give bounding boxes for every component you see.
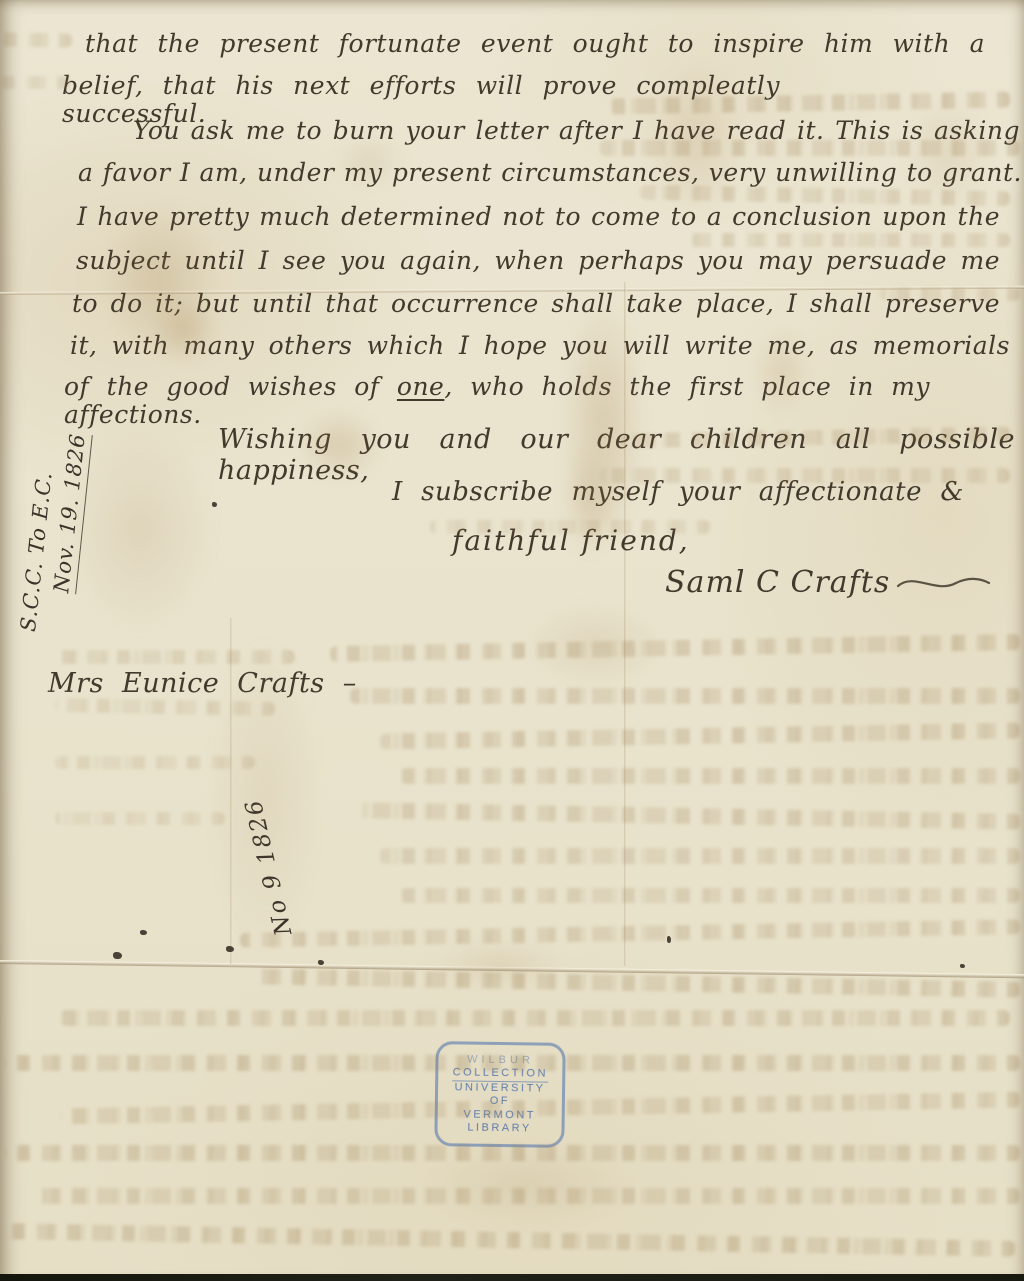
underlined-word: one [397,372,444,401]
paper-stain [420,1140,640,1230]
ink-speck [318,960,324,965]
paper-stain [430,940,570,990]
scan-bottom-edge [0,1274,1024,1281]
ink-speck [667,936,671,943]
ink-bleedthrough-line [60,1010,1010,1026]
ink-bleedthrough-line [55,812,225,825]
paper-stain [560,440,620,560]
letter-line: a favor I am, under my present circumsta… [78,159,1022,187]
paper-stain [900,90,995,210]
paper-stain [645,55,745,225]
signature: Saml C Crafts [665,565,992,600]
letter-line: that the present fortunate event ought t… [85,30,985,58]
paper-stain [150,295,220,365]
signature-text: Saml C Crafts [665,565,890,600]
letter-line: I have pretty much determined not to com… [77,203,1000,231]
ink-speck [140,930,147,935]
ink-bleedthrough-line [330,634,1020,662]
ink-speck [960,964,965,968]
ink-bleedthrough-line [380,722,1020,749]
letter-scan-page: that the present fortunate event ought t… [0,0,1024,1281]
ink-bleedthrough-line [5,1055,1020,1071]
paper-stain [205,630,325,960]
ink-bleedthrough-line [880,288,1020,301]
ink-bleedthrough-line [350,688,1020,704]
letter-line-text: of the good wishes of [64,372,397,401]
ink-bleedthrough-line [360,802,1020,830]
ink-bleedthrough-line [600,468,1010,483]
paper-stain [330,130,410,190]
ink-bleedthrough-line [240,919,1020,948]
ink-speck [113,952,122,959]
ink-speck [212,502,217,507]
ink-bleedthrough-line [690,233,1010,247]
ink-bleedthrough-line [0,32,72,47]
ink-bleedthrough-line [0,76,70,89]
paper-stain [520,600,670,690]
paper-stain [752,325,812,420]
stamp-line: UNIVERSITY [454,1081,545,1096]
ink-bleedthrough-line [400,888,1020,903]
stamp-line: LIBRARY [467,1122,532,1136]
signature-flourish [896,570,992,596]
paper-stain [60,420,220,640]
ink-speck [226,946,234,952]
ink-bleedthrough-line [380,848,1020,864]
paper-stain [295,408,385,483]
ink-bleedthrough-line [400,768,1020,784]
